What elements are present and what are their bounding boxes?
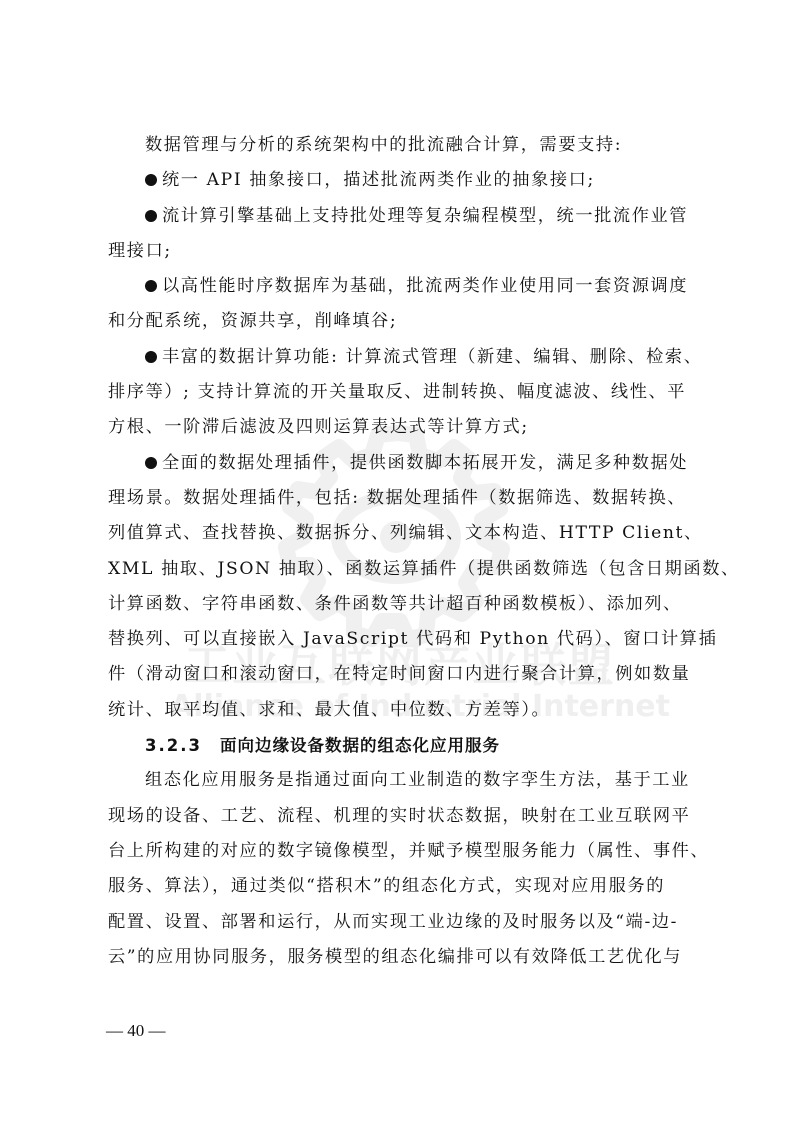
bullet-text: 全面的数据处理插件，提供函数脚本拓展开发，满足多种数据处 — [162, 453, 688, 473]
bullet-icon — [145, 210, 157, 222]
intro-paragraph: 数据管理与分析的系统架构中的批流融合计算，需要支持: — [108, 128, 694, 163]
bullet-text-continued: 件（滑动窗口和滚动窗口，在特定时间窗口内进行聚合计算，例如数量 — [108, 657, 694, 692]
paragraph-line: 云”的应用协同服务，服务模型的组态化编排可以有效降低工艺优化与 — [108, 940, 694, 975]
bullet-text-continued: 计算函数、字符串函数、条件函数等共计超百种函数模板）、添加列、 — [108, 587, 694, 622]
paragraph-line: 台上所构建的对应的数字镜像模型，并赋予模型服务能力（属性、事件、 — [108, 834, 694, 869]
bullet-item: 流计算引擎基础上支持批处理等复杂编程模型，统一批流作业管 理接口; — [108, 199, 694, 270]
bullet-item: 统一 API 抽象接口，描述批流两类作业的抽象接口; — [108, 163, 694, 198]
bullet-text-continued: 和分配系统，资源共享，削峰填谷; — [108, 304, 694, 339]
section-number: 3.2.3 — [145, 736, 202, 755]
body-paragraph: 组态化应用服务是指通过面向工业制造的数字孪生方法，基于工业 现场的设备、工艺、流… — [108, 763, 694, 975]
bullet-icon — [145, 174, 157, 186]
section-heading: 3.2.3面向边缘设备数据的组态化应用服务 — [108, 728, 694, 763]
bullet-text: 以高性能时序数据库为基础，批流两类作业使用同一套资源调度 — [162, 276, 688, 296]
document-page: 工业互联网产业联盟 Alliance of Industrial Interne… — [0, 0, 793, 1122]
paragraph-line: 服务、算法），通过类似“搭积木”的组态化方式，实现对应用服务的 — [108, 869, 694, 904]
section-title: 面向边缘设备数据的组态化应用服务 — [220, 736, 500, 755]
bullet-text-continued: 排序等）; 支持计算流的开关量取反、进制转换、幅度滤波、线性、平 — [108, 375, 694, 410]
bullet-text-continued: XML 抽取、JSON 抽取）、函数运算插件（提供函数筛选（包含日期函数、 — [108, 552, 694, 587]
bullet-text-continued: 替换列、可以直接嵌入 JavaScript 代码和 Python 代码）、窗口计… — [108, 622, 694, 657]
bullet-text: 流计算引擎基础上支持批处理等复杂编程模型，统一批流作业管 — [162, 206, 688, 226]
bullet-item: 以高性能时序数据库为基础，批流两类作业使用同一套资源调度 和分配系统，资源共享，… — [108, 269, 694, 340]
bullet-icon — [145, 280, 157, 292]
bullet-item: 全面的数据处理插件，提供函数脚本拓展开发，满足多种数据处 理场景。数据处理插件，… — [108, 446, 694, 728]
bullet-icon — [145, 351, 157, 363]
bullet-text-continued: 理场景。数据处理插件，包括: 数据处理插件（数据筛选、数据转换、 — [108, 481, 694, 516]
bullet-text-continued: 理接口; — [108, 234, 694, 269]
bullet-text-continued: 列值算式、查找替换、数据拆分、列编辑、文本构造、HTTP Client、 — [108, 516, 694, 551]
paragraph-line: 现场的设备、工艺、流程、机理的实时状态数据，映射在工业互联网平 — [108, 799, 694, 834]
document-body: 数据管理与分析的系统架构中的批流融合计算，需要支持: 统一 API 抽象接口，描… — [108, 128, 694, 975]
bullet-text: 丰富的数据计算功能: 计算流式管理（新建、编辑、删除、检索、 — [162, 347, 703, 367]
bullet-icon — [145, 457, 157, 469]
paragraph-line: 组态化应用服务是指通过面向工业制造的数字孪生方法，基于工业 — [108, 763, 694, 798]
bullet-text-continued: 方根、一阶滞后滤波及四则运算表达式等计算方式; — [108, 410, 694, 445]
paragraph-line: 配置、设置、部署和运行，从而实现工业边缘的及时服务以及“端-边- — [108, 905, 694, 940]
bullet-text-continued: 统计、取平均值、求和、最大值、中位数、方差等）。 — [108, 693, 694, 728]
page-number: — 40 — — [106, 1021, 166, 1041]
bullet-item: 丰富的数据计算功能: 计算流式管理（新建、编辑、删除、检索、 排序等）; 支持计… — [108, 340, 694, 446]
bullet-text: 统一 API 抽象接口，描述批流两类作业的抽象接口; — [162, 170, 595, 190]
